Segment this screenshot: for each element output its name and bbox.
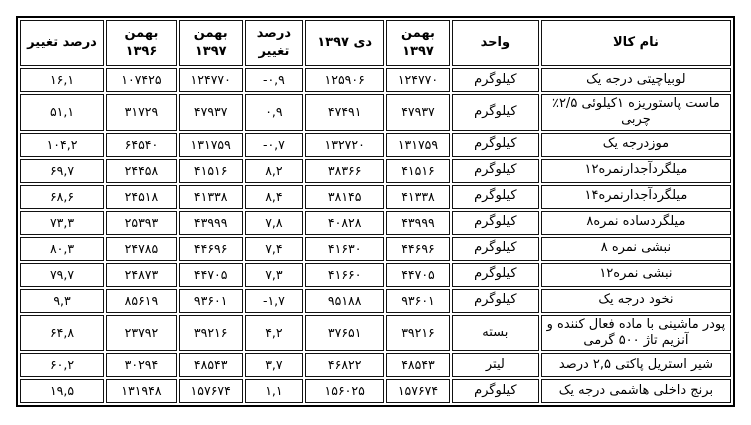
cell-dey_1397_price: ۴۰۸۲۸ — [305, 211, 384, 235]
cell-bahman_1396_price: ۲۴۸۷۳ — [106, 263, 177, 287]
cell-name: میلگردآجدارنمره۱۲ — [541, 159, 731, 183]
cell-name: نبشی نمره ۸ — [541, 237, 731, 261]
cell-bahman_1397_price_2: ۱۵۷۶۷۴ — [179, 379, 243, 403]
cell-yearly_change_pct: ۸۰,۳ — [20, 237, 104, 261]
cell-bahman_1397_price: ۴۷۹۳۷ — [386, 94, 450, 131]
cell-monthly_change_pct: ۱,۱ — [245, 379, 304, 403]
cell-bahman_1396_price: ۶۴۵۴۰ — [106, 133, 177, 157]
cell-bahman_1396_price: ۱۰۷۴۲۵ — [106, 68, 177, 92]
table-row: نخود درجه یککیلوگرم۹۳۶۰۱۹۵۱۸۸-۱,۷۹۳۶۰۱۸۵… — [20, 289, 731, 313]
column-header-bahman-1397-price-2: بهمن ۱۳۹۷ — [179, 20, 243, 66]
cell-name: شیر استریل پاکتی ۲,۵ درصد — [541, 353, 731, 377]
cell-bahman_1397_price: ۴۴۷۰۵ — [386, 263, 450, 287]
cell-monthly_change_pct: ۸,۲ — [245, 159, 304, 183]
cell-monthly_change_pct: -۰,۷ — [245, 133, 304, 157]
table-row: میلگردساده نمره۸کیلوگرم۴۳۹۹۹۴۰۸۲۸۷,۸۴۳۹۹… — [20, 211, 731, 235]
table-row: نبشی نمره۱۲کیلوگرم۴۴۷۰۵۴۱۶۶۰۷,۳۴۴۷۰۵۲۴۸۷… — [20, 263, 731, 287]
price-table-container: نام کالا واحد بهمن ۱۳۹۷ دی ۱۳۹۷ درصد تغی… — [16, 16, 735, 407]
header-row: نام کالا واحد بهمن ۱۳۹۷ دی ۱۳۹۷ درصد تغی… — [20, 20, 731, 66]
cell-unit: کیلوگرم — [452, 94, 539, 131]
cell-monthly_change_pct: ۴,۲ — [245, 315, 304, 352]
cell-yearly_change_pct: ۶۴,۸ — [20, 315, 104, 352]
cell-monthly_change_pct: ۳,۷ — [245, 353, 304, 377]
table-row: برنج داخلی هاشمی درجه یککیلوگرم۱۵۷۶۷۴۱۵۶… — [20, 379, 731, 403]
cell-bahman_1396_price: ۲۴۵۱۸ — [106, 185, 177, 209]
table-row: نبشی نمره ۸کیلوگرم۴۴۶۹۶۴۱۶۳۰۷,۴۴۴۶۹۶۲۴۷۸… — [20, 237, 731, 261]
cell-bahman_1397_price: ۴۴۶۹۶ — [386, 237, 450, 261]
cell-name: برنج داخلی هاشمی درجه یک — [541, 379, 731, 403]
cell-monthly_change_pct: ۰,۹ — [245, 94, 304, 131]
column-header-bahman-1396-price: بهمن ۱۳۹۶ — [106, 20, 177, 66]
cell-unit: کیلوگرم — [452, 379, 539, 403]
cell-unit: کیلوگرم — [452, 211, 539, 235]
cell-yearly_change_pct: ۱۰۴,۲ — [20, 133, 104, 157]
cell-unit: کیلوگرم — [452, 185, 539, 209]
cell-bahman_1397_price: ۴۱۳۳۸ — [386, 185, 450, 209]
cell-bahman_1397_price: ۹۳۶۰۱ — [386, 289, 450, 313]
cell-unit: لیتر — [452, 353, 539, 377]
cell-name: ماست پاستوریزه ۱کیلوئی ۲/۵٪ چربی — [541, 94, 731, 131]
cell-bahman_1397_price: ۱۲۴۷۷۰ — [386, 68, 450, 92]
column-header-bahman-1397-price: بهمن ۱۳۹۷ — [386, 20, 450, 66]
cell-unit: بسته — [452, 315, 539, 352]
cell-bahman_1397_price: ۴۸۵۴۳ — [386, 353, 450, 377]
table-row: موزدرجه یککیلوگرم۱۳۱۷۵۹۱۳۲۷۲۰-۰,۷۱۳۱۷۵۹۶… — [20, 133, 731, 157]
cell-bahman_1397_price_2: ۴۳۹۹۹ — [179, 211, 243, 235]
cell-bahman_1396_price: ۳۰۲۹۴ — [106, 353, 177, 377]
cell-bahman_1397_price_2: ۳۹۲۱۶ — [179, 315, 243, 352]
cell-yearly_change_pct: ۱۹,۵ — [20, 379, 104, 403]
cell-yearly_change_pct: ۶۸,۶ — [20, 185, 104, 209]
cell-yearly_change_pct: ۱۶,۱ — [20, 68, 104, 92]
cell-bahman_1397_price: ۴۱۵۱۶ — [386, 159, 450, 183]
cell-unit: کیلوگرم — [452, 263, 539, 287]
cell-unit: کیلوگرم — [452, 68, 539, 92]
cell-bahman_1397_price_2: ۹۳۶۰۱ — [179, 289, 243, 313]
cell-dey_1397_price: ۴۷۴۹۱ — [305, 94, 384, 131]
cell-bahman_1397_price_2: ۴۱۳۳۸ — [179, 185, 243, 209]
cell-bahman_1397_price: ۱۳۱۷۵۹ — [386, 133, 450, 157]
cell-dey_1397_price: ۴۶۸۲۲ — [305, 353, 384, 377]
cell-bahman_1397_price_2: ۴۷۹۳۷ — [179, 94, 243, 131]
cell-yearly_change_pct: ۷۳,۳ — [20, 211, 104, 235]
cell-monthly_change_pct: ۷,۸ — [245, 211, 304, 235]
cell-monthly_change_pct: -۰,۹ — [245, 68, 304, 92]
cell-dey_1397_price: ۴۱۶۳۰ — [305, 237, 384, 261]
table-row: ماست پاستوریزه ۱کیلوئی ۲/۵٪ چربیکیلوگرم۴… — [20, 94, 731, 131]
cell-bahman_1396_price: ۱۳۱۹۴۸ — [106, 379, 177, 403]
column-header-dey-1397-price: دی ۱۳۹۷ — [305, 20, 384, 66]
column-header-product-name: نام کالا — [541, 20, 731, 66]
table-row: لوبیاچیتی درجه یککیلوگرم۱۲۴۷۷۰۱۲۵۹۰۶-۰,۹… — [20, 68, 731, 92]
cell-name: لوبیاچیتی درجه یک — [541, 68, 731, 92]
cell-bahman_1396_price: ۳۱۷۲۹ — [106, 94, 177, 131]
cell-bahman_1396_price: ۲۳۷۹۲ — [106, 315, 177, 352]
cell-bahman_1397_price_2: ۴۴۷۰۵ — [179, 263, 243, 287]
price-comparison-table: نام کالا واحد بهمن ۱۳۹۷ دی ۱۳۹۷ درصد تغی… — [16, 16, 735, 407]
cell-yearly_change_pct: ۹,۳ — [20, 289, 104, 313]
cell-dey_1397_price: ۱۵۶۰۲۵ — [305, 379, 384, 403]
column-header-yearly-change-pct: درصد تغییر — [20, 20, 104, 66]
cell-bahman_1397_price_2: ۱۳۱۷۵۹ — [179, 133, 243, 157]
cell-yearly_change_pct: ۷۹,۷ — [20, 263, 104, 287]
cell-bahman_1397_price_2: ۴۱۵۱۶ — [179, 159, 243, 183]
cell-name: نبشی نمره۱۲ — [541, 263, 731, 287]
cell-bahman_1396_price: ۲۵۳۹۳ — [106, 211, 177, 235]
cell-monthly_change_pct: -۱,۷ — [245, 289, 304, 313]
cell-name: میلگردآجدارنمره۱۴ — [541, 185, 731, 209]
cell-bahman_1397_price: ۴۳۹۹۹ — [386, 211, 450, 235]
table-header: نام کالا واحد بهمن ۱۳۹۷ دی ۱۳۹۷ درصد تغی… — [20, 20, 731, 66]
table-row: میلگردآجدارنمره۱۴کیلوگرم۴۱۳۳۸۳۸۱۴۵۸,۴۴۱۳… — [20, 185, 731, 209]
cell-dey_1397_price: ۳۸۳۶۶ — [305, 159, 384, 183]
cell-dey_1397_price: ۴۱۶۶۰ — [305, 263, 384, 287]
cell-unit: کیلوگرم — [452, 133, 539, 157]
cell-yearly_change_pct: ۵۱,۱ — [20, 94, 104, 131]
column-header-unit: واحد — [452, 20, 539, 66]
cell-bahman_1396_price: ۸۵۶۱۹ — [106, 289, 177, 313]
column-header-monthly-change-pct: درصد تغییر — [245, 20, 304, 66]
table-body: لوبیاچیتی درجه یککیلوگرم۱۲۴۷۷۰۱۲۵۹۰۶-۰,۹… — [20, 68, 731, 403]
cell-name: موزدرجه یک — [541, 133, 731, 157]
cell-dey_1397_price: ۹۵۱۸۸ — [305, 289, 384, 313]
cell-yearly_change_pct: ۶۰,۲ — [20, 353, 104, 377]
cell-unit: کیلوگرم — [452, 289, 539, 313]
cell-bahman_1397_price_2: ۱۲۴۷۷۰ — [179, 68, 243, 92]
cell-monthly_change_pct: ۷,۴ — [245, 237, 304, 261]
cell-dey_1397_price: ۱۳۲۷۲۰ — [305, 133, 384, 157]
table-row: میلگردآجدارنمره۱۲کیلوگرم۴۱۵۱۶۳۸۳۶۶۸,۲۴۱۵… — [20, 159, 731, 183]
table-row: شیر استریل پاکتی ۲,۵ درصدلیتر۴۸۵۴۳۴۶۸۲۲۳… — [20, 353, 731, 377]
cell-monthly_change_pct: ۷,۳ — [245, 263, 304, 287]
cell-bahman_1397_price_2: ۴۴۶۹۶ — [179, 237, 243, 261]
cell-bahman_1397_price: ۱۵۷۶۷۴ — [386, 379, 450, 403]
cell-name: نخود درجه یک — [541, 289, 731, 313]
cell-bahman_1396_price: ۲۴۴۵۸ — [106, 159, 177, 183]
cell-bahman_1397_price: ۳۹۲۱۶ — [386, 315, 450, 352]
cell-dey_1397_price: ۳۸۱۴۵ — [305, 185, 384, 209]
cell-dey_1397_price: ۳۷۶۵۱ — [305, 315, 384, 352]
table-row: پودر ماشینی با ماده فعال کننده و آنزیم ت… — [20, 315, 731, 352]
cell-dey_1397_price: ۱۲۵۹۰۶ — [305, 68, 384, 92]
cell-name: پودر ماشینی با ماده فعال کننده و آنزیم ت… — [541, 315, 731, 352]
cell-unit: کیلوگرم — [452, 159, 539, 183]
cell-yearly_change_pct: ۶۹,۷ — [20, 159, 104, 183]
cell-bahman_1396_price: ۲۴۷۸۵ — [106, 237, 177, 261]
cell-name: میلگردساده نمره۸ — [541, 211, 731, 235]
cell-bahman_1397_price_2: ۴۸۵۴۳ — [179, 353, 243, 377]
cell-monthly_change_pct: ۸,۴ — [245, 185, 304, 209]
cell-unit: کیلوگرم — [452, 237, 539, 261]
